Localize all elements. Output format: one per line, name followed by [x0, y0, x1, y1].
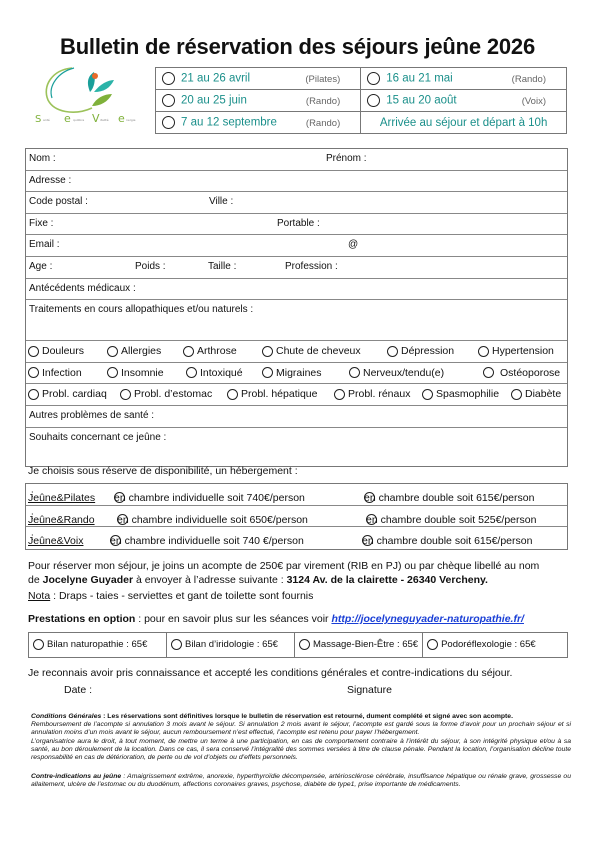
svg-text:anté: anté: [43, 118, 50, 122]
radio-icon[interactable]: [162, 94, 175, 107]
conditions-row-3: Probl. cardiaq Probl. d’estomac Probl. h…: [26, 384, 567, 406]
svg-text:S: S: [35, 114, 41, 125]
radio-icon[interactable]: [422, 389, 433, 400]
condition-spasmophilie[interactable]: Spasmophilie: [422, 388, 499, 400]
payment-line-2: de Jocelyne Guyader à envoyer à l’adress…: [28, 574, 488, 586]
radio-icon[interactable]: [299, 639, 310, 650]
ville-label: Ville :: [209, 196, 233, 207]
address-row[interactable]: Adresse :: [26, 171, 567, 193]
radio-icon[interactable]: [387, 346, 398, 357]
radio-icon[interactable]: [262, 367, 273, 378]
hebergement-row-rando: Jeûne&Rando : en chambre individuelle so…: [26, 506, 567, 528]
radio-icon[interactable]: [120, 389, 131, 400]
website-link[interactable]: http://jocelyneguyader-naturopathie.fr/: [331, 613, 524, 625]
radio-icon[interactable]: [171, 639, 182, 650]
date-option-september[interactable]: 7 au 12 septembre(Rando): [156, 112, 361, 134]
personal-info-form: Nom : Prénom : Adresse : Code postal : V…: [25, 148, 568, 467]
traitements-row[interactable]: Traitements en cours allopathiques et/ou…: [26, 300, 567, 341]
condition-depression[interactable]: Dépression: [387, 345, 454, 357]
hebergement-title: Je choisis sous réserve de disponibilité…: [28, 465, 298, 477]
traitements-label: Traitements en cours allopathiques et/ou…: [29, 304, 253, 315]
hebergement-row-pilates: Jeûne&Pilates : en chambre individuelle …: [26, 484, 567, 506]
radio-icon[interactable]: [511, 389, 522, 400]
radio-icon[interactable]: [367, 94, 380, 107]
signature-label: Signature: [347, 684, 392, 696]
payment-line-1: Pour réserver mon séjour, je joins un ac…: [28, 560, 539, 572]
condition-cardiaque[interactable]: Probl. cardiaq: [28, 388, 107, 400]
date-option-june[interactable]: 20 au 25 juin(Rando): [156, 90, 361, 112]
option-bilan-iridologie[interactable]: Bilan d’iridologie : 65€: [167, 633, 295, 658]
condition-douleurs[interactable]: Douleurs: [28, 345, 84, 357]
seve-logo: S e V e anté quilibre italité nergie: [34, 64, 144, 126]
adresse-label: Adresse :: [29, 175, 71, 186]
radio-icon[interactable]: [478, 346, 489, 357]
phone-row[interactable]: Fixe : Portable :: [26, 214, 567, 236]
radio-icon[interactable]: [483, 367, 494, 378]
radio-icon[interactable]: [107, 346, 118, 357]
taille-label: Taille :: [208, 261, 236, 272]
fixe-label: Fixe :: [29, 218, 53, 229]
radio-icon[interactable]: [183, 346, 194, 357]
radio-icon[interactable]: [349, 367, 360, 378]
antecedents-row[interactable]: Antécédents médicaux :: [26, 279, 567, 301]
radio-icon[interactable]: [28, 367, 39, 378]
radio-icon[interactable]: [334, 389, 345, 400]
age-label: Age :: [29, 261, 52, 272]
conditions-row-1: Douleurs Allergies Arthrose Chute de che…: [26, 341, 567, 363]
arrival-note: Arrivée au séjour et départ à 10h: [361, 112, 567, 134]
profession-label: Profession :: [285, 261, 338, 272]
condition-hepatique[interactable]: Probl. hépatique: [227, 388, 317, 400]
svg-text:italité: italité: [100, 118, 109, 122]
session-dates-table: 21 au 26 avril(Pilates) 16 au 21 mai(Ran…: [155, 67, 567, 134]
svg-text:quilibre: quilibre: [73, 118, 84, 122]
prestations-table: Bilan naturopathie : 65€ Bilan d’iridolo…: [28, 632, 568, 658]
option-bilan-naturopathie[interactable]: Bilan naturopathie : 65€: [29, 633, 167, 658]
hebergement-row-voix: Jeûne&Voix : en chambre individuelle soi…: [26, 527, 567, 549]
acceptance-text: Je reconnais avoir pris connaissance et …: [28, 667, 512, 679]
prestations-line: Prestations en option : pour en savoir p…: [28, 613, 524, 625]
conditions-row-2: Infection Insomnie Intoxiqué Migraines N…: [26, 363, 567, 385]
date-option-august[interactable]: 15 au 20 août(Voix): [361, 90, 567, 112]
nota-line: Nota : Draps - taies - serviettes et gan…: [28, 590, 313, 602]
date-option-april[interactable]: 21 au 26 avril(Pilates): [156, 68, 361, 90]
prenom-label: Prénom :: [326, 153, 367, 164]
svg-text:nergie: nergie: [126, 118, 136, 122]
condition-intoxique[interactable]: Intoxiqué: [186, 367, 243, 379]
autres-label: Autres problèmes de santé :: [29, 410, 154, 421]
radio-icon[interactable]: [227, 389, 238, 400]
condition-osteoporose[interactable]: Ostéoporose: [483, 367, 560, 379]
souhaits-label: Souhaits concernant ce jeûne :: [29, 432, 166, 443]
condition-migraines[interactable]: Migraines: [262, 367, 322, 379]
condition-arthrose[interactable]: Arthrose: [183, 345, 237, 357]
radio-icon[interactable]: [262, 346, 273, 357]
condition-diabete[interactable]: Diabète: [511, 388, 561, 400]
email-row[interactable]: Email : @: [26, 235, 567, 257]
svg-text:e: e: [64, 112, 71, 125]
email-label: Email :: [29, 239, 60, 250]
conditions-generales: Conditions Générales : Les réservations …: [31, 713, 571, 762]
option-massage[interactable]: Massage-Bien-Être : 65€: [295, 633, 423, 658]
city-row[interactable]: Code postal : Ville :: [26, 192, 567, 214]
radio-icon[interactable]: [427, 639, 438, 650]
date-option-may[interactable]: 16 au 21 mai(Rando): [361, 68, 567, 90]
radio-icon[interactable]: [162, 116, 175, 129]
contre-indications: Contre-indications au jeûne : Amaigrisse…: [31, 773, 571, 789]
radio-icon[interactable]: [28, 389, 39, 400]
condition-hypertension[interactable]: Hypertension: [478, 345, 554, 357]
code-postal-label: Code postal :: [29, 196, 88, 207]
souhaits-row[interactable]: Souhaits concernant ce jeûne :: [26, 428, 567, 466]
hebergement-table: Jeûne&Pilates : en chambre individuelle …: [25, 483, 568, 550]
condition-chute-cheveux[interactable]: Chute de cheveux: [262, 345, 361, 357]
radio-icon[interactable]: [162, 72, 175, 85]
name-row[interactable]: Nom : Prénom :: [26, 149, 567, 171]
radio-icon[interactable]: [33, 639, 44, 650]
condition-allergies[interactable]: Allergies: [107, 345, 161, 357]
radio-icon[interactable]: [186, 367, 197, 378]
svg-text:V: V: [92, 112, 100, 125]
poids-label: Poids :: [135, 261, 166, 272]
condition-insomnie[interactable]: Insomnie: [107, 367, 164, 379]
antecedents-label: Antécédents médicaux :: [29, 283, 136, 294]
condition-estomac[interactable]: Probl. d’estomac: [120, 388, 212, 400]
page-title: Bulletin de réservation des séjours jeûn…: [0, 34, 595, 60]
at-sign: @: [348, 239, 358, 250]
option-podoreflexologie[interactable]: Podoréflexologie : 65€: [423, 633, 568, 658]
radio-icon[interactable]: [107, 367, 118, 378]
condition-renaux[interactable]: Probl. rénaux: [334, 388, 410, 400]
portable-label: Portable :: [277, 218, 320, 229]
physical-row[interactable]: Age : Poids : Taille : Profession :: [26, 257, 567, 279]
autres-row[interactable]: Autres problèmes de santé :: [26, 406, 567, 428]
radio-icon[interactable]: [28, 346, 39, 357]
condition-infection[interactable]: Infection: [28, 367, 82, 379]
date-label: Date :: [64, 684, 92, 696]
svg-text:e: e: [118, 112, 125, 125]
condition-nerveux[interactable]: Nerveux/tendu(e): [349, 367, 444, 379]
radio-icon[interactable]: [367, 72, 380, 85]
nom-label: Nom :: [29, 153, 56, 164]
